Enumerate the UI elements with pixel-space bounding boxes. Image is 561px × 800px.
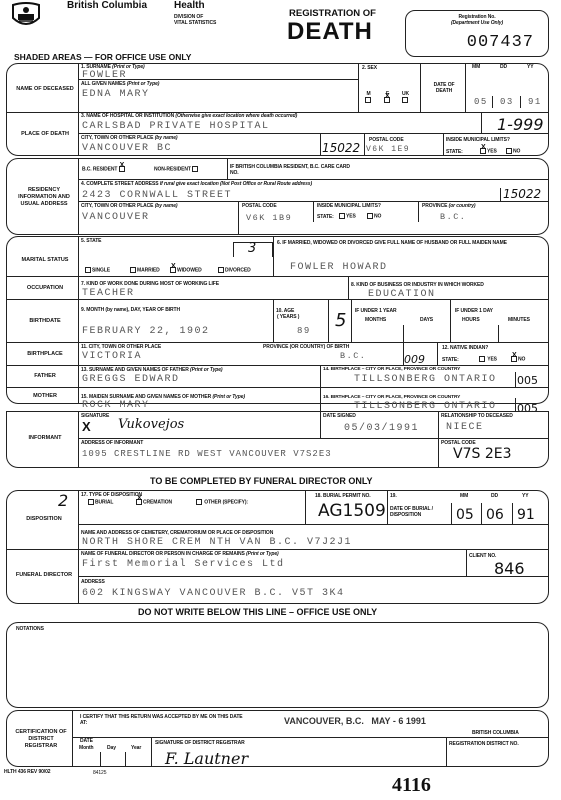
form-code: HLTH 436 REV 90/02 xyxy=(4,769,50,775)
informant-signature[interactable]: Vukovejos xyxy=(118,417,184,432)
days-label: DAYS xyxy=(420,317,433,323)
death-municipal-no[interactable]: NO xyxy=(506,148,520,154)
disposition-option-burial[interactable]: BURIAL xyxy=(88,499,113,505)
division-line-2: VITAL STATISTICS xyxy=(174,20,216,26)
section-label-occupation: OCCUPATION xyxy=(14,277,76,299)
section-label-birthplace: BIRTHPLACE xyxy=(14,343,76,365)
section-label-father: FATHER xyxy=(14,366,76,386)
section-label-marital: MARITAL STATUS xyxy=(14,245,76,275)
marital-option-divorced[interactable]: DIVORCED xyxy=(218,267,251,273)
marital-option-single[interactable]: SINGLE xyxy=(85,267,110,273)
burial-date-num: 19. xyxy=(390,493,397,499)
cert-day-label: Day xyxy=(107,745,116,751)
birth-city-label: 11. CITY, TOWN OR OTHER PLACE xyxy=(81,344,161,350)
res-municipal-label: INSIDE MUNICIPAL LIMITS? xyxy=(317,203,381,209)
section-label-disposition: DISPOSITION xyxy=(12,505,76,533)
informant-address-label: ADDRESS OF INFORMANT xyxy=(81,440,143,446)
address-value[interactable]: 2423 CORNWALL STREET xyxy=(82,190,232,201)
province-name: British Columbia xyxy=(67,0,147,11)
office-use-heading: DO NOT WRITE BELOW THIS LINE – OFFICE US… xyxy=(138,607,377,617)
cert-month-label: Month xyxy=(79,745,94,751)
death-postal-label: POSTAL CODE xyxy=(369,137,404,143)
death-municipal-yes[interactable]: YES xyxy=(480,148,497,154)
section-label-residency: RESIDENCY INFORMATION AND USUAL ADDRESS xyxy=(12,170,76,225)
funeral-address-label: ADDRESS xyxy=(81,579,105,585)
birthdate-value[interactable]: FEBRUARY 22, 1902 xyxy=(82,326,210,337)
surname-value[interactable]: FOWLER xyxy=(82,70,127,81)
section-label-certification: CERTIFICATION OF DISTRICT REGISTRAR xyxy=(12,718,70,760)
father-name-label: 13. SURNAME AND GIVEN NAMES OF FATHER (P… xyxy=(81,367,222,373)
stamp-bc: BRITISH COLUMBIA xyxy=(472,730,519,736)
date-col-mm: MM xyxy=(472,64,480,70)
relationship-value[interactable]: NIECE xyxy=(446,422,484,433)
birth-province-value[interactable]: B.C. xyxy=(340,351,366,361)
native-state-label: STATE: xyxy=(442,357,459,363)
certify-text: I CERTIFY THAT THIS RETURN WAS ACCEPTED … xyxy=(80,714,245,726)
res-province-label: PROVINCE (or country) xyxy=(422,203,475,209)
death-postal-value[interactable]: V6K 1E9 xyxy=(366,145,410,154)
native-no[interactable]: NO xyxy=(511,356,525,362)
notations-box xyxy=(6,622,549,708)
ministry-name: Health xyxy=(174,0,205,11)
months-label: MONTHS xyxy=(365,317,386,323)
age-value[interactable]: 89 xyxy=(297,326,311,336)
hospital-label: 3. NAME OF HOSPITAL OR INSTITUTION (Othe… xyxy=(81,113,297,119)
district-label: REGISTRATION DISTRICT No. xyxy=(449,741,519,747)
section-label-informant: INFORMANT xyxy=(14,420,76,456)
sex-label: 2. SEX xyxy=(362,65,377,71)
burial-date-col-yy: YY xyxy=(522,493,528,499)
registration-number-box: Registration No. (Department Use Only) 0… xyxy=(405,10,549,57)
section-label-mother: MOTHER xyxy=(14,388,76,404)
sex-option-m[interactable]: M xyxy=(365,91,372,103)
burial-permit-value: AG1509 xyxy=(318,501,386,521)
disposition-option-other[interactable]: OTHER (SPECIFY): xyxy=(196,499,248,505)
funeral-director-label: NAME OF FUNERAL DIRECTOR OR PERSON IN CH… xyxy=(81,551,279,557)
date-of-death-label: DATE OF DEATH xyxy=(426,82,462,94)
marital-code: 3 xyxy=(248,241,256,256)
sex-option-f[interactable]: F xyxy=(384,91,391,103)
burial-year: 91 xyxy=(517,507,535,523)
res-province-value[interactable]: B.C. xyxy=(440,212,466,222)
burial-date-col-mm: MM xyxy=(460,493,468,499)
disposition-place-value[interactable]: NORTH SHORE CREM NTH VAN B.C. V7J2J1 xyxy=(82,537,352,548)
informant-address-value[interactable]: 1095 CRESTLINE RD WEST VANCOUVER V7S2E3 xyxy=(82,449,332,459)
father-name-value[interactable]: GREGGS EDWARD xyxy=(82,374,180,385)
native-yes[interactable]: YES xyxy=(479,356,497,362)
disposition-type-label: 17. TYPE OF DISPOSITION xyxy=(81,492,142,498)
section-label-birthdate: BIRTHDATE xyxy=(14,300,76,342)
burial-day: 06 xyxy=(486,507,504,523)
res-postal-value[interactable]: V6K 1B9 xyxy=(246,213,292,223)
address-code: 15022 xyxy=(503,187,541,201)
death-month[interactable]: 05 xyxy=(474,97,488,107)
registrar-signature: F. Lautner xyxy=(165,749,248,768)
given-names-label: ALL GIVEN NAMES (Print or Type) xyxy=(81,81,159,87)
burial-date-label: DATE OF BURIAL / DISPOSITION xyxy=(390,506,438,518)
informant-postal-value: V7S 2E3 xyxy=(453,446,511,462)
business-label: 8. KIND OF BUSINESS OR INDUSTRY IN WHICH… xyxy=(351,282,484,288)
father-birthplace-value[interactable]: TILLSONBERG ONTARIO xyxy=(354,374,497,385)
reg-label-2: (Department Use Only) xyxy=(406,20,548,26)
birth-city-value[interactable]: VICTORIA xyxy=(82,351,142,362)
death-municipal-state: STATE: xyxy=(446,149,463,155)
birthdate-label: 9. MONTH (by name), DAY, YEAR OF BIRTH xyxy=(81,307,180,313)
date-col-dd: DD xyxy=(500,64,507,70)
res-municipal-no[interactable]: NO xyxy=(367,213,381,219)
native-indian-label: 12. NATIVE INDIAN? xyxy=(442,345,488,351)
reg-number: 007437 xyxy=(467,33,534,52)
bc-crest-icon xyxy=(9,2,43,28)
care-card-label: IF BRITISH COLUMBIA RESIDENT, B.C. CARE … xyxy=(230,164,350,176)
registrar-signature-label: SIGNATURE OF DISTRICT REGISTRAR xyxy=(155,740,245,746)
cert-year-label: Year xyxy=(131,745,141,751)
father-code: 005 xyxy=(517,374,538,387)
marital-option-married[interactable]: MARRIED xyxy=(130,267,160,273)
hours-label: HOURS xyxy=(462,317,480,323)
death-year[interactable]: 91 xyxy=(528,97,542,107)
mother-name-value[interactable]: ROCK MARY xyxy=(82,400,150,411)
minutes-label: MINUTES xyxy=(508,317,530,323)
bc-resident-option[interactable]: B.C. RESIDENT xyxy=(82,166,126,172)
under-day-label: IF UNDER 1 DAY xyxy=(455,308,493,314)
client-no-label: CLIENT NO. xyxy=(469,553,496,559)
disposition-option-cremation[interactable]: CREMATION xyxy=(136,499,172,505)
cert-date-label: DATE xyxy=(80,738,93,744)
section-label-place-of-death: PLACE OF DEATH xyxy=(14,114,76,154)
non-resident-option[interactable]: NON-RESIDENT xyxy=(154,166,199,172)
notations-label: NOTATIONS xyxy=(16,626,44,632)
sex-option-uk[interactable]: UK xyxy=(402,91,409,103)
form-title-large: DEATH xyxy=(287,18,373,46)
section-label-deceased: NAME OF DECEASED xyxy=(14,66,76,112)
address-label: 4. COMPLETE STREET ADDRESS If rural give… xyxy=(81,181,312,187)
death-city-code: 15022 xyxy=(322,141,360,155)
funeral-director-value[interactable]: First Memorial Services Ltd xyxy=(82,559,285,570)
res-municipal-state: STATE: xyxy=(317,214,334,220)
print-code: 84125 xyxy=(93,770,106,776)
section-label-funeral-director: FUNERAL DIRECTOR xyxy=(14,560,74,590)
spouse-label: 6. IF MARRIED, WIDOWED OR DIVORCED GIVE … xyxy=(277,240,507,246)
res-postal-label: POSTAL CODE xyxy=(242,203,277,209)
registrar-stamp: VANCOUVER, B.C. MAY - 6 1991 xyxy=(284,716,426,726)
date-col-yy: YY xyxy=(527,64,533,70)
father-birthplace-label: 14. BIRTHPLACE – CITY OR PLACE, PROVINCE… xyxy=(323,367,460,373)
district-number: 4116 xyxy=(392,774,431,797)
res-municipal-yes[interactable]: YES xyxy=(339,213,356,219)
burial-date-col-dd: DD xyxy=(491,493,498,499)
marital-state-label: 5. STATE xyxy=(81,238,101,244)
given-names-value[interactable]: EDNA MARY xyxy=(82,89,150,100)
death-city-label: CITY, TOWN OR OTHER PLACE (by name) xyxy=(81,135,177,141)
hospital-code: 1-999 xyxy=(497,115,544,134)
res-city-value[interactable]: VANCOUVER xyxy=(82,212,150,223)
death-day[interactable]: 03 xyxy=(500,97,514,107)
age-code: 5 xyxy=(335,310,346,331)
funeral-heading: TO BE COMPLETED BY FUNERAL DIRECTOR ONLY xyxy=(150,476,373,486)
birth-province-label: PROVINCE (or country) OF BIRTH xyxy=(263,344,349,350)
death-municipal-label: INSIDE MUNICIPAL LIMITS? xyxy=(446,137,510,143)
burial-month: 05 xyxy=(456,507,474,523)
work-value[interactable]: TEACHER xyxy=(82,288,135,299)
under-year-label: IF UNDER 1 YEAR xyxy=(355,308,396,314)
date-signed-label: DATE SIGNED xyxy=(323,413,356,419)
death-city-value[interactable]: VANCOUVER BC xyxy=(82,143,172,154)
spouse-value[interactable]: FOWLER HOWARD xyxy=(290,262,388,273)
age-unit: ( YEARS ) xyxy=(277,314,299,320)
funeral-address-value[interactable]: 602 KINGSWAY VANCOUVER B.C. V5T 3K4 xyxy=(82,588,345,599)
burial-permit-label: 18. BURIAL PERMIT No. xyxy=(315,493,371,499)
disposition-place-label: NAME AND ADDRESS OF CEMETERY, CREMATORIU… xyxy=(81,530,273,536)
office-use-notice: SHADED AREAS — FOR OFFICE USE ONLY xyxy=(14,52,191,62)
marital-option-widowed[interactable]: WIDOWED xyxy=(170,267,202,273)
signature-x: X xyxy=(82,419,91,434)
res-city-label: CITY, TOWN OR OTHER PLACE (by name) xyxy=(81,203,177,209)
work-label: 7. KIND OF WORK DONE DURING MOST OF WORK… xyxy=(81,281,219,287)
relationship-label: RELATIONSHIP TO DECEASED xyxy=(441,413,513,419)
hospital-value[interactable]: CARLSBAD PRIVATE HOSPITAL xyxy=(82,121,270,132)
date-signed-value[interactable]: 05/03/1991 xyxy=(344,423,419,434)
